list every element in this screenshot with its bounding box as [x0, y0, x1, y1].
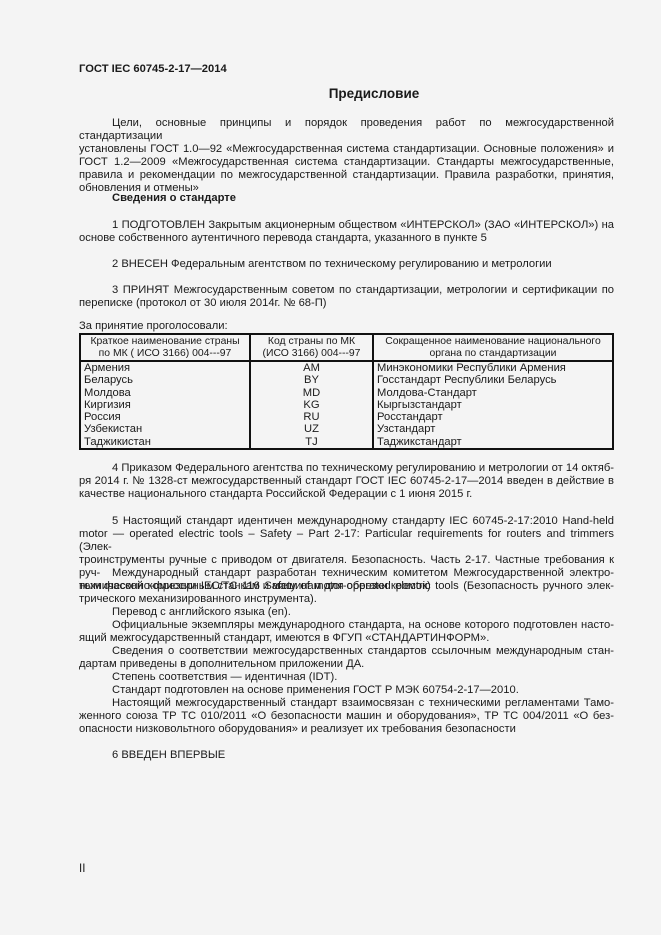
- column-header-country: Краткое наименование страны по МК ( ИСО …: [80, 334, 250, 361]
- item-2-submitted: 2 ВНЕСЕН Федеральным агентством по техни…: [79, 258, 614, 271]
- table-row: Киргизия KG Кыргызстандарт: [80, 399, 613, 411]
- document-id-header: ГОСТ IEC 60745-2-17—2014: [79, 63, 227, 76]
- table-row: Беларусь BY Госстандарт Республики Белар…: [80, 374, 613, 386]
- item-5-translation: Перевод с английского языка (en).: [79, 606, 614, 619]
- item-5-correspondence: Сведения о соответствии межгосударственн…: [79, 645, 614, 671]
- table-row: Армения AM Минэкономики Республики Армен…: [80, 361, 613, 374]
- column-header-agency: Сокращенное наименование национального о…: [373, 334, 613, 361]
- section-heading: Сведения о стандарте: [79, 192, 614, 205]
- intro-paragraph: Цели, основные принципы и порядок провед…: [79, 117, 614, 194]
- page-number: II: [79, 863, 85, 875]
- table-row: Молдова MD Молдова-Стандарт: [80, 387, 613, 399]
- table-row: Узбекистан UZ Узстандарт: [80, 423, 613, 435]
- item-3-adopted: 3 ПРИНЯТ Межгосударственным советом по с…: [79, 284, 614, 310]
- item-6-first-introduced: 6 ВВЕДЕН ВПЕРВЫЕ: [79, 749, 614, 762]
- item-5-regulations: Настоящий межгосударственный стандарт вз…: [79, 697, 614, 736]
- item-5-degree: Степень соответствия — идентичная (IDT).: [79, 671, 614, 684]
- table-row: Таджикистан TJ Таджикстандарт: [80, 436, 613, 449]
- item-5-basis: Стандарт подготовлен на основе применени…: [79, 684, 614, 697]
- table-header-row: Краткое наименование страны по МК ( ИСО …: [80, 334, 613, 361]
- column-header-code: Код страны по МК (ИСО 3166) 004---97: [250, 334, 373, 361]
- item-5-committee: Международный стандарт разработан технич…: [79, 567, 614, 606]
- item-4-order: 4 Приказом Федерального агентства по тех…: [79, 462, 614, 501]
- table-row: Россия RU Росстандарт: [80, 411, 613, 423]
- vote-table: Краткое наименование страны по МК ( ИСО …: [79, 333, 614, 450]
- vote-caption: За принятие проголосовали:: [79, 320, 614, 333]
- item-5-official-copies: Официальные экземпляры международного ст…: [79, 619, 614, 645]
- page-title: Предисловие: [79, 88, 614, 101]
- item-1-prepared: 1 ПОДГОТОВЛЕН Закрытым акционерным общес…: [79, 219, 614, 245]
